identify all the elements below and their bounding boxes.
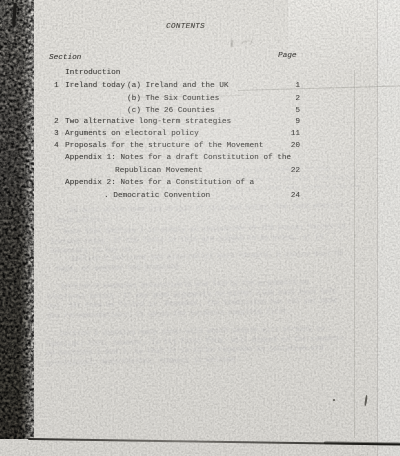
left-binding-strip: [0, 0, 33, 439]
toc-entry-number: 4: [54, 141, 59, 151]
bottom-scan-line: [28, 438, 400, 445]
page-paper: only by every member of the abstention (…: [0, 0, 400, 456]
page-right-edge-line: [377, 0, 378, 456]
toc-entry-label: Two alternative long-term strategies: [65, 117, 231, 127]
toc-entry-page: 11: [274, 129, 300, 139]
toc-entry-page: 5: [274, 106, 300, 116]
vertical-crease-line: [354, 70, 355, 438]
toc-row: Appendix 2: Notes for a Constitution of …: [0, 178, 400, 188]
toc-row: 4 Proposals for the structure of the Mov…: [0, 141, 400, 151]
bleedthrough-paragraph: Section 2 outlines two alternative ways …: [57, 250, 353, 275]
toc-row: Republican Movement 22: [0, 166, 400, 176]
toc-row: 1 Ireland today (a) Ireland and the UK 1: [0, 81, 400, 91]
toc-row: 3 Arguments on electoral policy 11: [0, 129, 400, 139]
toc-row: . Democratic Convention 24: [0, 191, 400, 201]
toc-entry-page: 2: [274, 94, 300, 104]
toc-entry-number: 1: [54, 81, 59, 91]
toc-entry-label: Introduction: [65, 68, 120, 78]
page-column-header: Page: [278, 51, 296, 61]
toc-entry-label: Arguments on electoral policy: [65, 129, 199, 139]
toc-entry-page: 24: [274, 191, 300, 201]
ink-speck: [333, 399, 335, 401]
toc-entry-sub: (a) Ireland and the UK: [127, 81, 229, 91]
toc-row: Appendix 1: Notes for a draft Constituti…: [0, 153, 400, 163]
toc-entry-label: Appendix 1: Notes for a draft Constituti…: [65, 153, 291, 163]
ink-mark: [364, 395, 368, 406]
contents-title: CONTENTS: [166, 22, 205, 32]
toc-entry-label: Appendix 2: Notes for a Constitution of …: [65, 178, 254, 188]
bleedthrough-paragraph: Note that Section 1 is simply an evaluat…: [50, 223, 348, 257]
toc-entry-page: 9: [274, 117, 300, 127]
toc-entry-page: 20: [274, 141, 300, 151]
toc-row: Introduction: [0, 68, 400, 78]
toc-entry-label: Proposals for the structure of the Movem…: [65, 141, 263, 151]
toc-entry-number: 3: [54, 129, 59, 139]
toc-row: 2 Two alternative long-term strategies 9: [0, 117, 400, 127]
toc-row: (c) The 26 Counties 5: [0, 106, 400, 116]
section-column-header: Section: [49, 53, 81, 63]
toc-entry-label: . Democratic Convention: [104, 191, 210, 201]
bleedthrough-paragraph: Section 3 examines exhaustively and fair…: [47, 278, 350, 322]
bleedthrough-paragraph: Section 4 contains many ideas with which…: [46, 325, 351, 369]
scanned-contents-page: { "document": { "title": "CONTENTS", "he…: [0, 0, 400, 456]
bleedthrough-paragraph: We must write home its origin of this ow…: [56, 202, 348, 227]
toc-entry-sub: (c) The 26 Counties: [127, 106, 215, 116]
toc-entry-label: Republican Movement: [115, 166, 203, 176]
toc-entry-page: 22: [274, 166, 300, 176]
toc-entry-number: 2: [54, 117, 59, 127]
pencil-smudge: [229, 39, 257, 48]
toc-entry-label: Ireland today: [65, 81, 125, 91]
